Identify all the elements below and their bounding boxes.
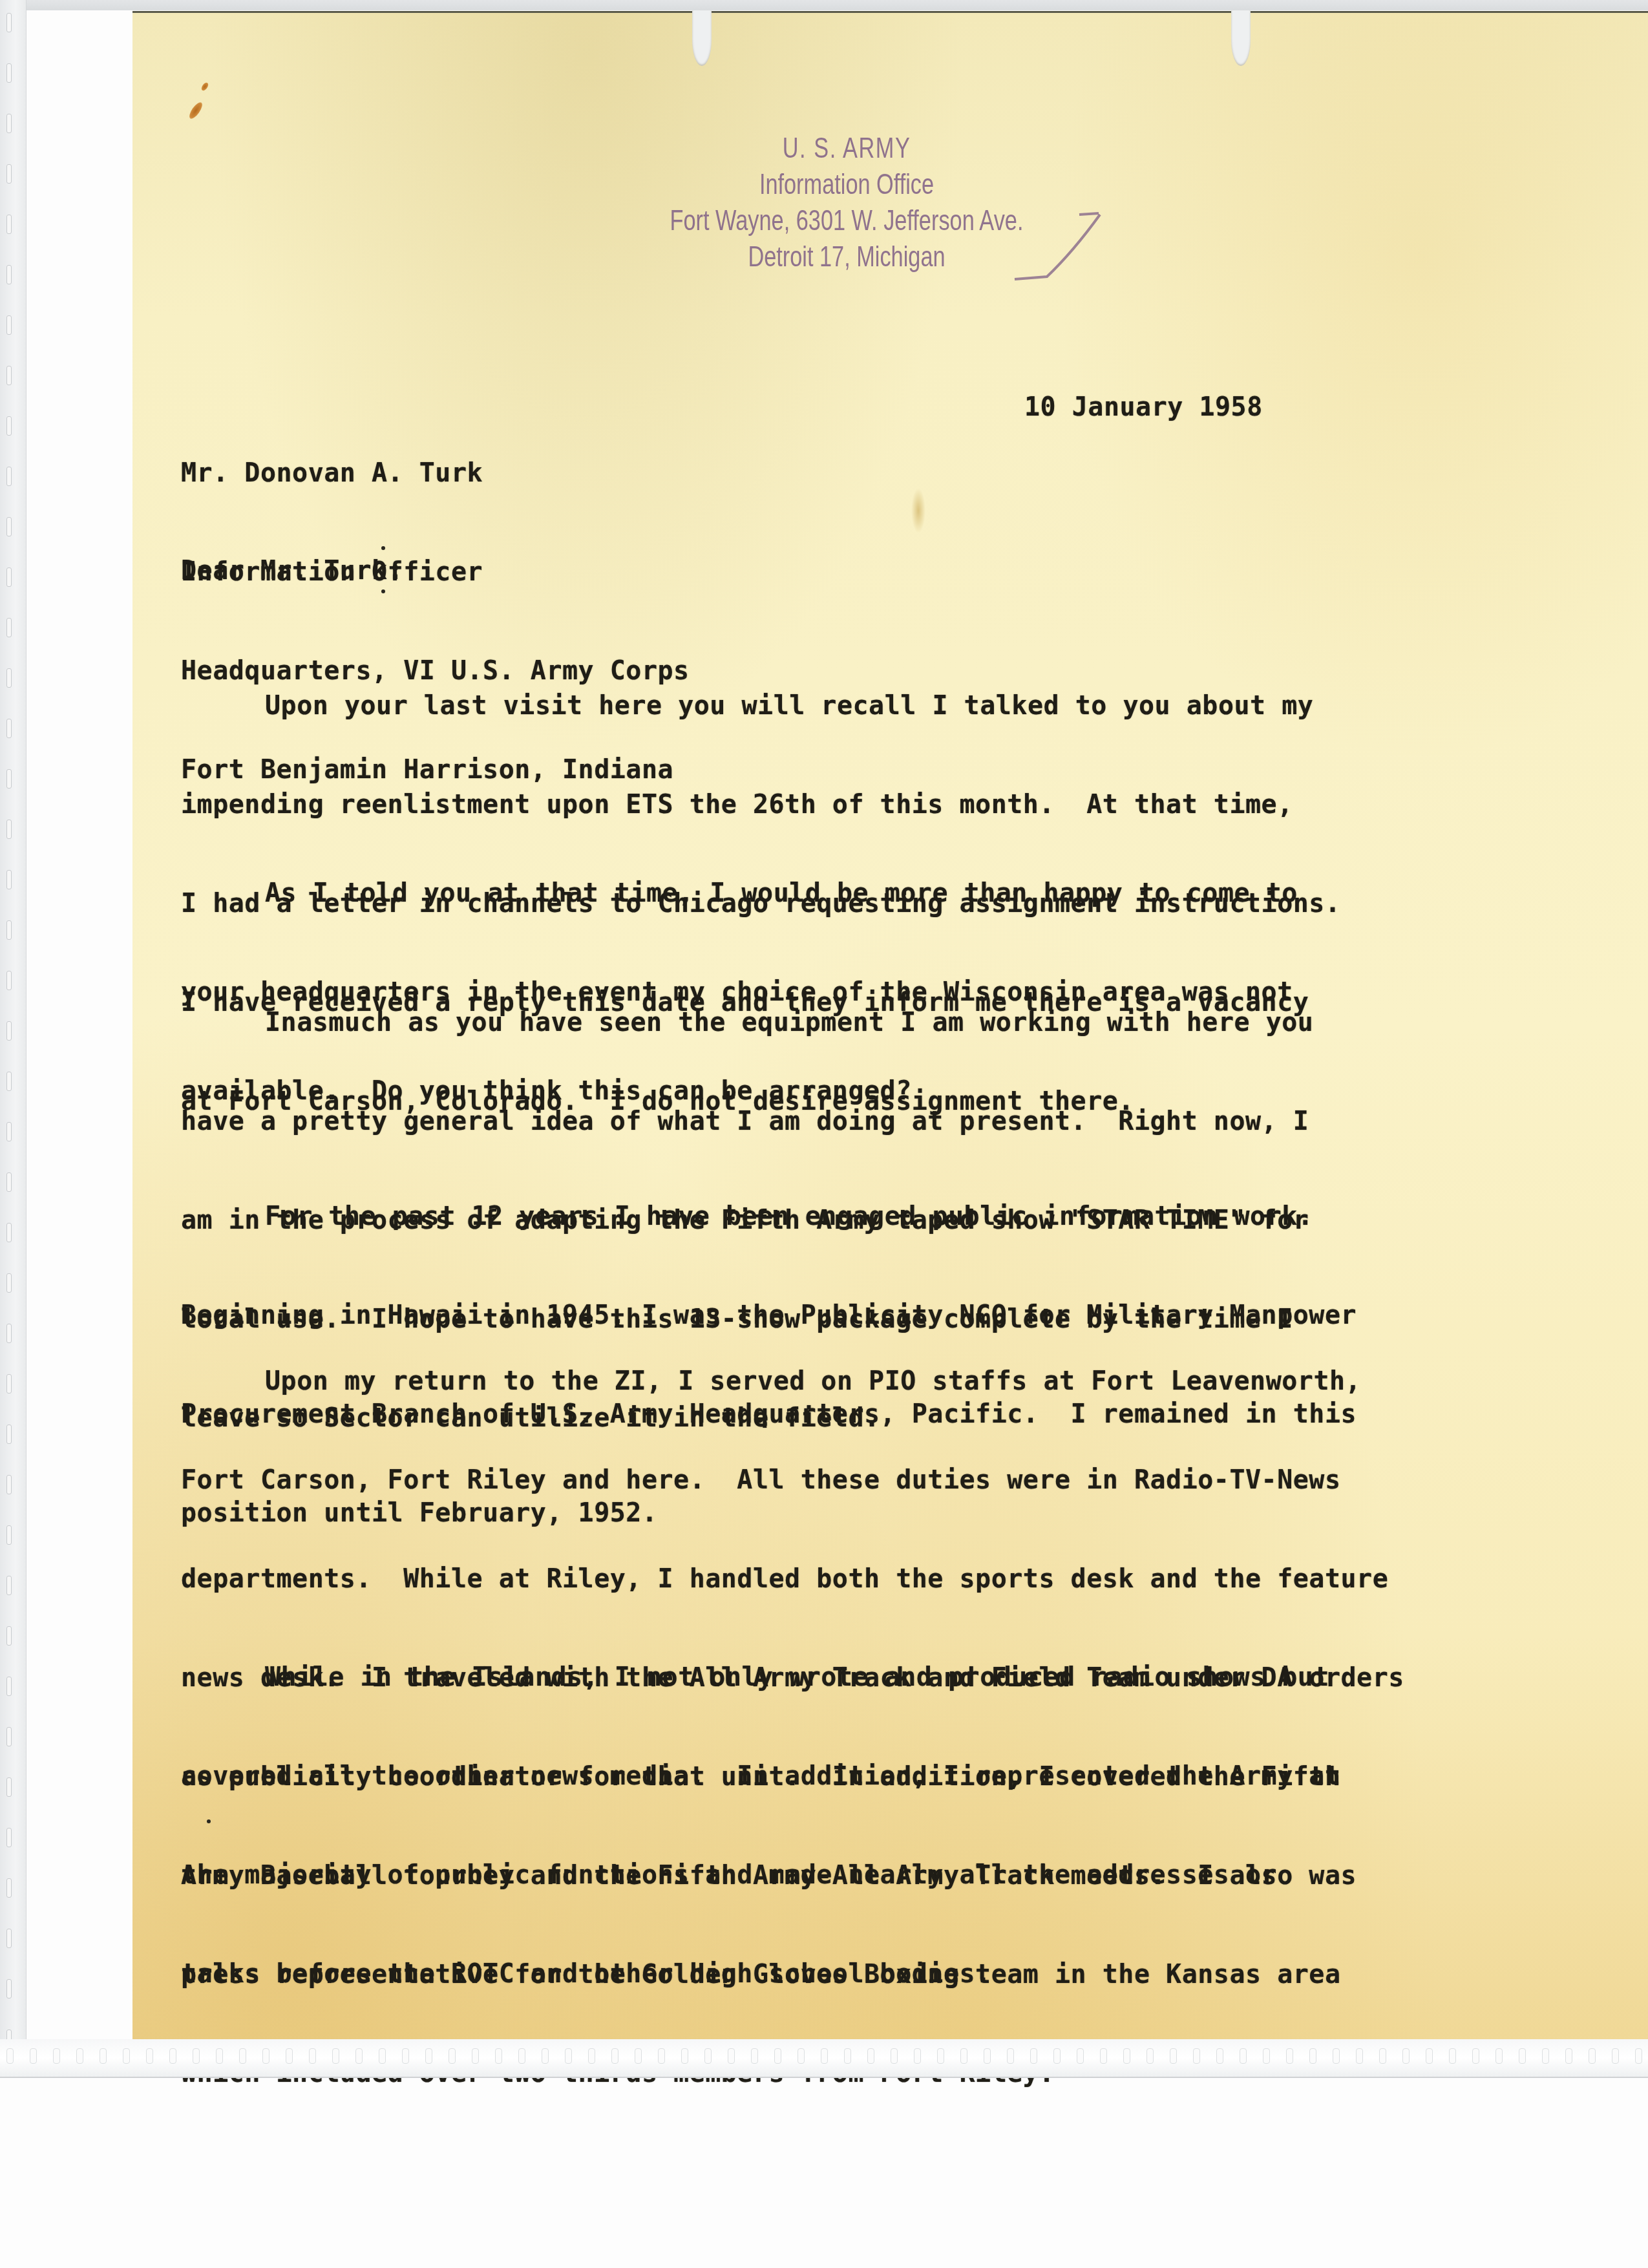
sleeve-perforation <box>1635 2048 1642 2064</box>
rust-stain <box>200 81 210 92</box>
sleeve-perforation <box>1100 2048 1107 2064</box>
sleeve-perforation <box>1402 2048 1410 2064</box>
sleeve-perforation <box>1426 2048 1433 2064</box>
sleeve-perforation <box>6 1878 12 1898</box>
sleeve-perforation <box>425 2048 432 2064</box>
sleeve-perforation <box>6 1374 12 1394</box>
text-line: Fort Carson, Fort Riley and here. All th… <box>181 1464 1404 1497</box>
sleeve-perforation <box>6 1727 12 1746</box>
sleeve-perforation <box>379 2048 386 2064</box>
punch-hole-right <box>1231 10 1251 66</box>
sleeve-perforation <box>611 2048 618 2064</box>
sleeve-perforation <box>262 2048 269 2064</box>
sleeve-perforation <box>565 2048 572 2064</box>
sleeve-perforation <box>1379 2048 1386 2064</box>
sleeve-perforation <box>6 1828 12 1847</box>
sleeve-perforation <box>6 164 12 184</box>
text-line: As I told you at that time, I would be m… <box>181 877 1298 910</box>
sleeve-perforation <box>6 1324 12 1343</box>
sleeve-perforation <box>6 1929 12 1948</box>
stamp-line-street: Fort Wayne, 6301 W. Jefferson Ave. <box>662 203 1030 239</box>
sleeve-perforation <box>6 13 12 32</box>
sleeve-perforation <box>6 719 12 738</box>
sleeve-perforation <box>1565 2048 1572 2064</box>
sleeve-perforation <box>1612 2048 1619 2064</box>
sleeve-perforation <box>6 1677 12 1696</box>
text-line: Inasmuch as you have seen the equipment … <box>181 1006 1313 1039</box>
text-line: the majority of public functions and mad… <box>181 1859 1341 1892</box>
sleeve-perforation <box>6 215 12 234</box>
sleeve-perforation <box>6 668 12 688</box>
sleeve-perforation <box>6 820 12 839</box>
sleeve-perforation <box>728 2048 735 2064</box>
sleeve-perforation <box>239 2048 246 2064</box>
sleeve-perforation <box>6 63 12 83</box>
sleeve-perforation <box>1007 2048 1014 2064</box>
sleeve-perforation <box>6 467 12 486</box>
text-line: Upon your last visit here you will recal… <box>181 690 1341 723</box>
sleeve-perforation <box>542 2048 549 2064</box>
sleeve-perforation <box>193 2048 200 2064</box>
recipient-name: Mr. Donovan A. Turk <box>181 457 690 490</box>
text-line: While in the Islands, I not only wrote a… <box>181 1661 1341 1694</box>
sleeve-perforation <box>6 1223 12 1242</box>
sleeve-perforation <box>1449 2048 1456 2064</box>
sleeve-perforation <box>355 2048 363 2064</box>
sleeve-perforation <box>798 2048 805 2064</box>
sleeve-perforation <box>495 2048 502 2064</box>
sleeve-perforation <box>1472 2048 1479 2064</box>
text-line: For the past 12 years I have been engage… <box>181 1200 1357 1233</box>
sleeve-perforation <box>6 870 12 889</box>
sleeve-perforation <box>332 2048 339 2064</box>
sleeve-perforation <box>844 2048 851 2064</box>
sleeve-perforation <box>1263 2048 1270 2064</box>
sleeve-perforation <box>1030 2048 1037 2064</box>
sleeve-perforation <box>76 2048 83 2064</box>
sleeve-perforation <box>1077 2048 1084 2064</box>
punch-hole-left <box>692 10 712 66</box>
sleeve-perforation <box>984 2048 991 2064</box>
sleeve-perforation <box>1146 2048 1154 2064</box>
sleeve-perforation <box>6 920 12 940</box>
sleeve-perforation <box>216 2048 223 2064</box>
sleeve-perforation <box>704 2048 712 2064</box>
sleeve-left-strip <box>0 0 26 2078</box>
sleeve-perforation <box>309 2048 316 2064</box>
sleeve-perforation <box>891 2048 898 2064</box>
sleeve-perforation <box>6 315 12 335</box>
sleeve-top-edge <box>26 0 1648 10</box>
stamp-slash-mark <box>1008 207 1105 281</box>
sleeve-perforation <box>867 2048 874 2064</box>
sleeve-perforation <box>6 1021 12 1041</box>
sleeve-perforation <box>1309 2048 1316 2064</box>
sleeve-perforation <box>1542 2048 1549 2064</box>
sleeve-perforation <box>1589 2048 1596 2064</box>
sleeve-perforation <box>1356 2048 1363 2064</box>
sleeve-perforation <box>6 1525 12 1545</box>
sleeve-perforation <box>6 1777 12 1797</box>
sleeve-perforation <box>518 2048 525 2064</box>
sleeve-perforation <box>6 416 12 436</box>
sleeve-perforation <box>6 1072 12 1091</box>
sleeve-perforation <box>6 517 12 536</box>
sleeve-perforation <box>1519 2048 1526 2064</box>
sleeve-bottom-strip <box>0 2039 1648 2078</box>
sleeve-perforation <box>6 2048 14 2064</box>
stamp-line-city: Detroit 17, Michigan <box>662 239 1030 275</box>
letter-date: 10 January 1958 <box>1024 391 1263 424</box>
sleeve-perforation <box>6 1576 12 1595</box>
sleeve-perforation <box>6 265 12 284</box>
paper-stain <box>911 488 925 533</box>
sleeve-perforation <box>123 2048 130 2064</box>
sleeve-perforation <box>1240 2048 1247 2064</box>
sleeve-perforation <box>6 114 12 133</box>
text-line: have a pretty general idea of what I am … <box>181 1105 1313 1138</box>
sleeve-perforation <box>472 2048 479 2064</box>
sleeve-perforation <box>146 2048 153 2064</box>
sleeve-perforation <box>1123 2048 1130 2064</box>
sleeve-perforation <box>937 2048 944 2064</box>
salutation: Dear Mr. Turk: <box>181 555 403 588</box>
sleeve-perforation <box>449 2048 456 2064</box>
text-line: covered all the other news media. In add… <box>181 1760 1341 1793</box>
sleeve-perforation <box>30 2048 37 2064</box>
paragraph-islands: While in the Islands, I not only wrote a… <box>181 1595 1341 2024</box>
text-line: Upon my return to the ZI, I served on PI… <box>181 1365 1404 1398</box>
sleeve-perforation <box>286 2048 293 2064</box>
sleeve-perforation <box>681 2048 688 2064</box>
sleeve-perforation <box>1053 2048 1061 2064</box>
text-line: departments. While at Riley, I handled b… <box>181 1563 1404 1596</box>
sleeve-perforation <box>821 2048 828 2064</box>
sleeve-perforation <box>6 1475 12 1494</box>
sleeve-perforation <box>1495 2048 1503 2064</box>
sleeve-perforation <box>774 2048 781 2064</box>
sleeve-perforation <box>6 1425 12 1444</box>
sleeve-perforation <box>6 567 12 587</box>
sleeve-perforation <box>6 1626 12 1646</box>
ink-dot <box>381 589 385 593</box>
ink-dot <box>381 546 385 550</box>
rust-stain <box>187 100 204 120</box>
sleeve-perforation <box>6 1172 12 1192</box>
sleeve-perforation <box>1170 2048 1177 2064</box>
sleeve-perforation <box>6 366 12 385</box>
sleeve-perforation <box>6 1273 12 1293</box>
sleeve-perforation <box>6 769 12 789</box>
sleeve-perforation <box>6 971 12 990</box>
sleeve-perforation <box>402 2048 409 2064</box>
sleeve-perforation <box>169 2048 176 2064</box>
sleeve-perforation <box>960 2048 967 2064</box>
sleeve-perforation <box>6 1979 12 1998</box>
sleeve-perforation <box>658 2048 665 2064</box>
sleeve-perforation <box>914 2048 921 2064</box>
sleeve-perforation <box>1193 2048 1200 2064</box>
sleeve-perforation <box>1286 2048 1293 2064</box>
sleeve-perforation <box>53 2048 60 2064</box>
sleeve-perforation <box>100 2048 107 2064</box>
sleeve-perforation <box>588 2048 595 2064</box>
stamp-line-org: U. S. ARMY <box>662 131 1030 167</box>
sleeve-perforation <box>6 1122 12 1141</box>
sleeve-perforation <box>6 618 12 637</box>
sleeve-perforation <box>751 2048 758 2064</box>
text-line: talks before the ROTC and other high sch… <box>181 1958 1341 1991</box>
sleeve-perforation <box>1216 2048 1223 2064</box>
sleeve-perforation <box>1333 2048 1340 2064</box>
sleeve-perforation <box>635 2048 642 2064</box>
stamp-line-office: Information Office <box>662 167 1030 203</box>
